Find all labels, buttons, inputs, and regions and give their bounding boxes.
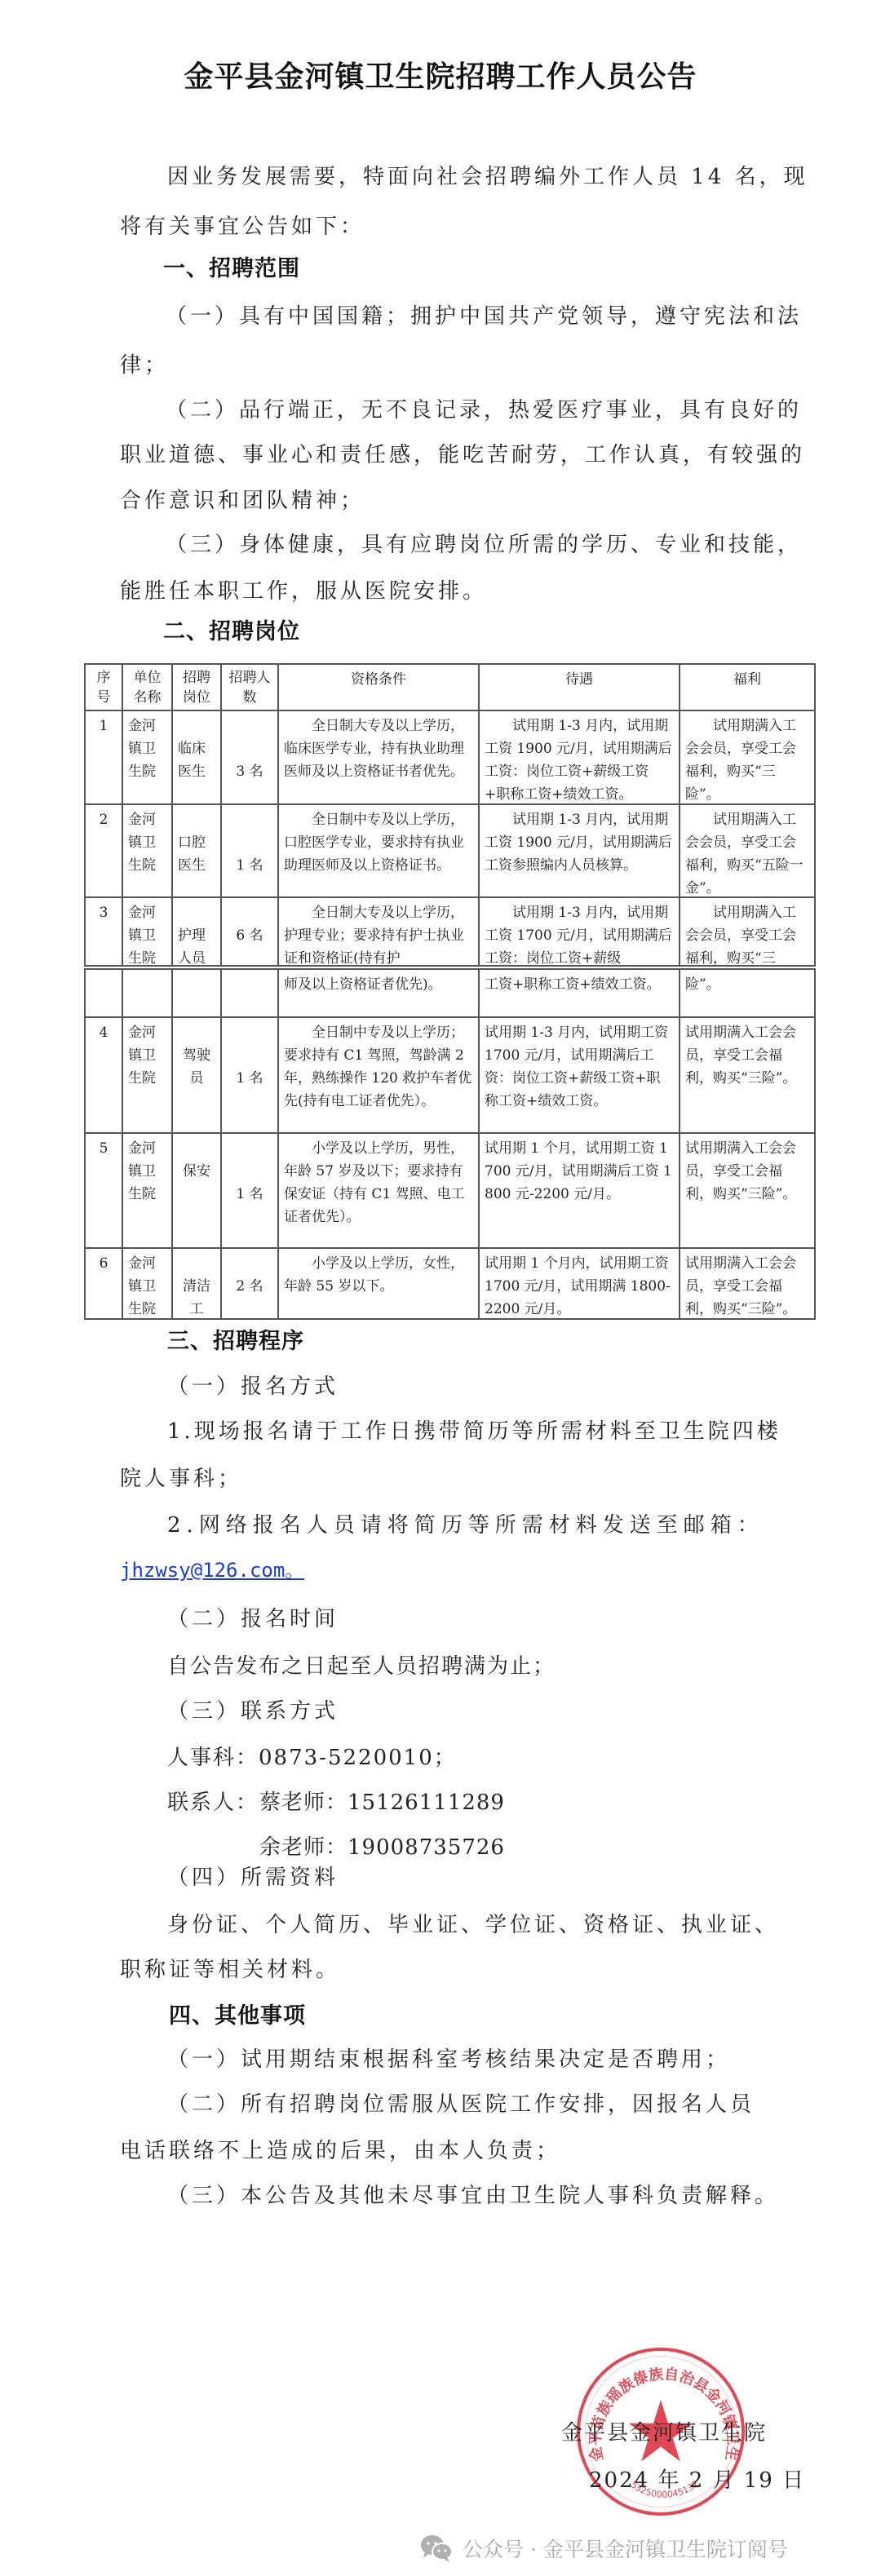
table-header-pay: 待遇 <box>480 665 680 711</box>
table-cell-qualification-cont: 师及以上资格证者优先)。 <box>279 970 480 1018</box>
scope-item-2-line-2: 职业道德、事业心和责任感，能吃苦耐劳，工作认真，有较强的 <box>120 443 805 467</box>
scope-item-1-line-2: 律； <box>120 353 169 378</box>
registration-onsite-line-1: 1.现场报名请于工作日携带简历等所需材料至卫生院四楼 <box>167 1419 781 1444</box>
table-cell-unit: 金河镇卫生院 <box>123 1249 173 1318</box>
table-cell-qualification: 全日制大专及以上学历，护理专业；要求持有护士执业证和资格证(持有护 <box>279 898 480 965</box>
table-cell-unit: 金河镇卫生院 <box>123 805 173 898</box>
table-cell-pay: 试用期 1-3 月内，试用期工资 1900 元/月，试用期满后工资：岗位工资+薪… <box>480 711 680 805</box>
table-cell-count: 6 名 <box>222 898 279 965</box>
table-header-count: 招聘人数 <box>222 665 279 711</box>
other-item-2-line-2: 电话联络不上造成的后果，由本人负责； <box>120 2139 560 2163</box>
table-cell-empty <box>123 970 173 1018</box>
registration-time-title: （二）报名时间 <box>167 1607 339 1631</box>
table-cell-empty <box>173 970 222 1018</box>
document-title: 金平县金河镇卫生院招聘工作人员公告 <box>0 54 881 95</box>
table-cell-benefits: 试用期满入工会会员，享受工会福利，购买“三险”。 <box>680 711 814 805</box>
intro-line-1: 因业务发展需要，特面向社会招聘编外工作人员 14 名，现 <box>167 165 808 189</box>
registration-online-line: 2.网络报名人员请将简历等所需材料发送至邮箱： <box>167 1513 764 1538</box>
footer-account-name: 公众号 · 金平县金河镇卫生院订阅号 <box>463 2534 788 2563</box>
signature-date: 2024 年 2 月 19 日 <box>589 2463 805 2494</box>
hr-phone: 人事科：0873-5220010； <box>167 1746 457 1770</box>
email-suffix: 。 <box>285 1559 304 1582</box>
table-cell-unit: 金河镇卫生院 <box>123 1134 173 1249</box>
table-cell-position: 护理人员 <box>173 898 222 965</box>
table-cell-no: 2 <box>86 805 123 898</box>
other-item-2-line-1: （二）所有招聘岗位需服从医院工作安排，因报名人员 <box>167 2092 755 2117</box>
table-cell-benefits: 试用期满入工会会员，享受工会福利，购买“三险”。 <box>680 1018 814 1134</box>
table-cell-position: 驾驶员 <box>173 1018 222 1134</box>
positions-table: 序号 单位名称 招聘岗位 招聘人数 资格条件 待遇 福利 1 金河镇卫生院 临床… <box>84 663 816 967</box>
email-row: jhzwsy@126.com。 <box>120 1554 304 1582</box>
table-cell-position: 临床医生 <box>173 711 222 805</box>
section-heading-positions: 二、招聘岗位 <box>163 620 300 644</box>
table-cell-pay: 试用期 1-3 月内，试用期工资 1900 元/月，试用期满后工资参照编内人员核… <box>480 805 680 898</box>
table-cell-benefits: 试用期满入工会会员，享受工会福利，购买“三 <box>680 898 814 965</box>
table-cell-pay: 试用期 1 个月内，试用期工资 1700 元/月，试用期满 1800-2200 … <box>480 1249 680 1318</box>
required-docs-line-2: 职称证等相关材料。 <box>120 1958 340 1982</box>
table-cell-count: 2 名 <box>222 1249 279 1318</box>
required-docs-line-1: 身份证、个人简历、毕业证、学位证、资格证、执业证、 <box>167 1913 779 1937</box>
table-cell-count: 1 名 <box>222 1134 279 1249</box>
table-cell-qualification: 小学及以上学历，女性，年龄 55 岁以下。 <box>279 1249 480 1318</box>
scope-item-2-line-3: 合作意识和团队精神； <box>120 489 365 513</box>
required-docs-title: （四）所需资料 <box>167 1866 339 1890</box>
table-cell-no: 6 <box>86 1249 123 1318</box>
table-cell-count: 3 名 <box>222 711 279 805</box>
wechat-footer[interactable]: 公众号 · 金平县金河镇卫生院订阅号 <box>420 2534 788 2563</box>
table-cell-position: 保安 <box>173 1134 222 1249</box>
table-cell-qualification: 全日制中专及以上学历；要求持有 C1 驾照，驾龄满 2 年，熟练操作 120 救… <box>279 1018 480 1134</box>
table-cell-unit: 金河镇卫生院 <box>123 711 173 805</box>
contact-person-yu: 余老师：19008735726 <box>259 1835 505 1860</box>
table-cell-pay: 试用期 1 个月，试用期工资 1700 元/月，试用期满后工资 1800 元-2… <box>480 1134 680 1249</box>
intro-line-2: 将有关事宜公告如下： <box>120 215 365 239</box>
table-cell-empty <box>86 970 123 1018</box>
table-cell-count: 1 名 <box>222 805 279 898</box>
registration-time-text: 自公告发布之日起至人员招聘满为止； <box>167 1654 556 1679</box>
table-header-unit: 单位名称 <box>123 665 173 711</box>
section-heading-other: 四、其他事项 <box>169 2004 306 2029</box>
scope-item-3-line-2: 能胜任本职工作，服从医院安排。 <box>120 579 487 604</box>
table-cell-empty <box>222 970 279 1018</box>
positions-table-continued: 师及以上资格证者优先)。 工资+职称工资+绩效工资。 险”。 4 金河镇卫生院 … <box>84 968 816 1320</box>
table-header-benefits: 福利 <box>680 665 814 711</box>
table-cell-benefits: 试用期满入工会会员，享受工会福利，购买“五险一金”。 <box>680 805 814 898</box>
wechat-icon <box>420 2534 453 2563</box>
table-cell-unit: 金河镇卫生院 <box>123 898 173 965</box>
table-header-position: 招聘岗位 <box>173 665 222 711</box>
table-header-qualification: 资格条件 <box>279 665 480 711</box>
section-heading-procedure: 三、招聘程序 <box>167 1330 304 1354</box>
table-cell-pay-cont: 工资+职称工资+绩效工资。 <box>480 970 680 1018</box>
signature-org: 金平县金河镇卫生院 <box>561 2416 767 2446</box>
table-cell-no: 5 <box>86 1134 123 1249</box>
contact-label: 联系人： <box>167 1790 259 1815</box>
section-heading-scope: 一、招聘范围 <box>163 257 300 281</box>
table-cell-no: 1 <box>86 711 123 805</box>
table-cell-position: 口腔医生 <box>173 805 222 898</box>
table-cell-pay: 试用期 1-3 月内，试用期工资 1700 元/月，试用期满后工资：岗位工资+薪… <box>480 1018 680 1134</box>
other-item-1: （一）试用期结束根据科室考核结果决定是否聘用； <box>167 2047 730 2072</box>
table-cell-benefits: 试用期满入工会会员，享受工会福利，购买“三险”。 <box>680 1249 814 1318</box>
table-cell-no: 3 <box>86 898 123 965</box>
table-cell-position: 清洁工 <box>173 1249 222 1318</box>
contact-person-cai: 蔡老师：15126111289 <box>259 1790 505 1815</box>
other-item-3: （三）本公告及其他未尽事宜由卫生院人事科负责解释。 <box>167 2184 779 2208</box>
contact-title: （三）联系方式 <box>167 1699 339 1724</box>
table-cell-qualification: 全日制中专及以上学历，口腔医学专业，要求持有执业助理医师及以上资格证书。 <box>279 805 480 898</box>
registration-onsite-line-2: 院人事科； <box>120 1467 242 1491</box>
table-header-no: 序号 <box>86 665 123 711</box>
table-cell-benefits-cont: 险”。 <box>680 970 814 1018</box>
table-cell-pay: 试用期 1-3 月内，试用期工资 1700 元/月，试用期满后工资：岗位工资+薪… <box>480 898 680 965</box>
scope-item-3-line-1: （三）身体健康，具有应聘岗位所需的学历、专业和技能， <box>166 533 802 557</box>
table-cell-qualification: 全日制大专及以上学历，临床医学专业，持有执业助理医师及以上资格证书者优先。 <box>279 711 480 805</box>
table-cell-qualification: 小学及以上学历，男性，年龄 57 岁及以下；要求持有保安证（持有 C1 驾照、电… <box>279 1134 480 1249</box>
registration-method-title: （一）报名方式 <box>167 1374 339 1399</box>
table-cell-no: 4 <box>86 1018 123 1134</box>
table-cell-count: 1 名 <box>222 1018 279 1134</box>
email-link[interactable]: jhzwsy@126.com <box>120 1559 285 1582</box>
scope-item-2-line-1: （二）品行端正，无不良记录，热爱医疗事业，具有良好的 <box>166 398 802 423</box>
table-cell-unit: 金河镇卫生院 <box>123 1018 173 1134</box>
table-cell-benefits: 试用期满入工会会员，享受工会福利，购买“三险”。 <box>680 1134 814 1249</box>
scope-item-1-line-1: （一）具有中国国籍；拥护中国共产党领导，遵守宪法和法 <box>166 304 802 329</box>
